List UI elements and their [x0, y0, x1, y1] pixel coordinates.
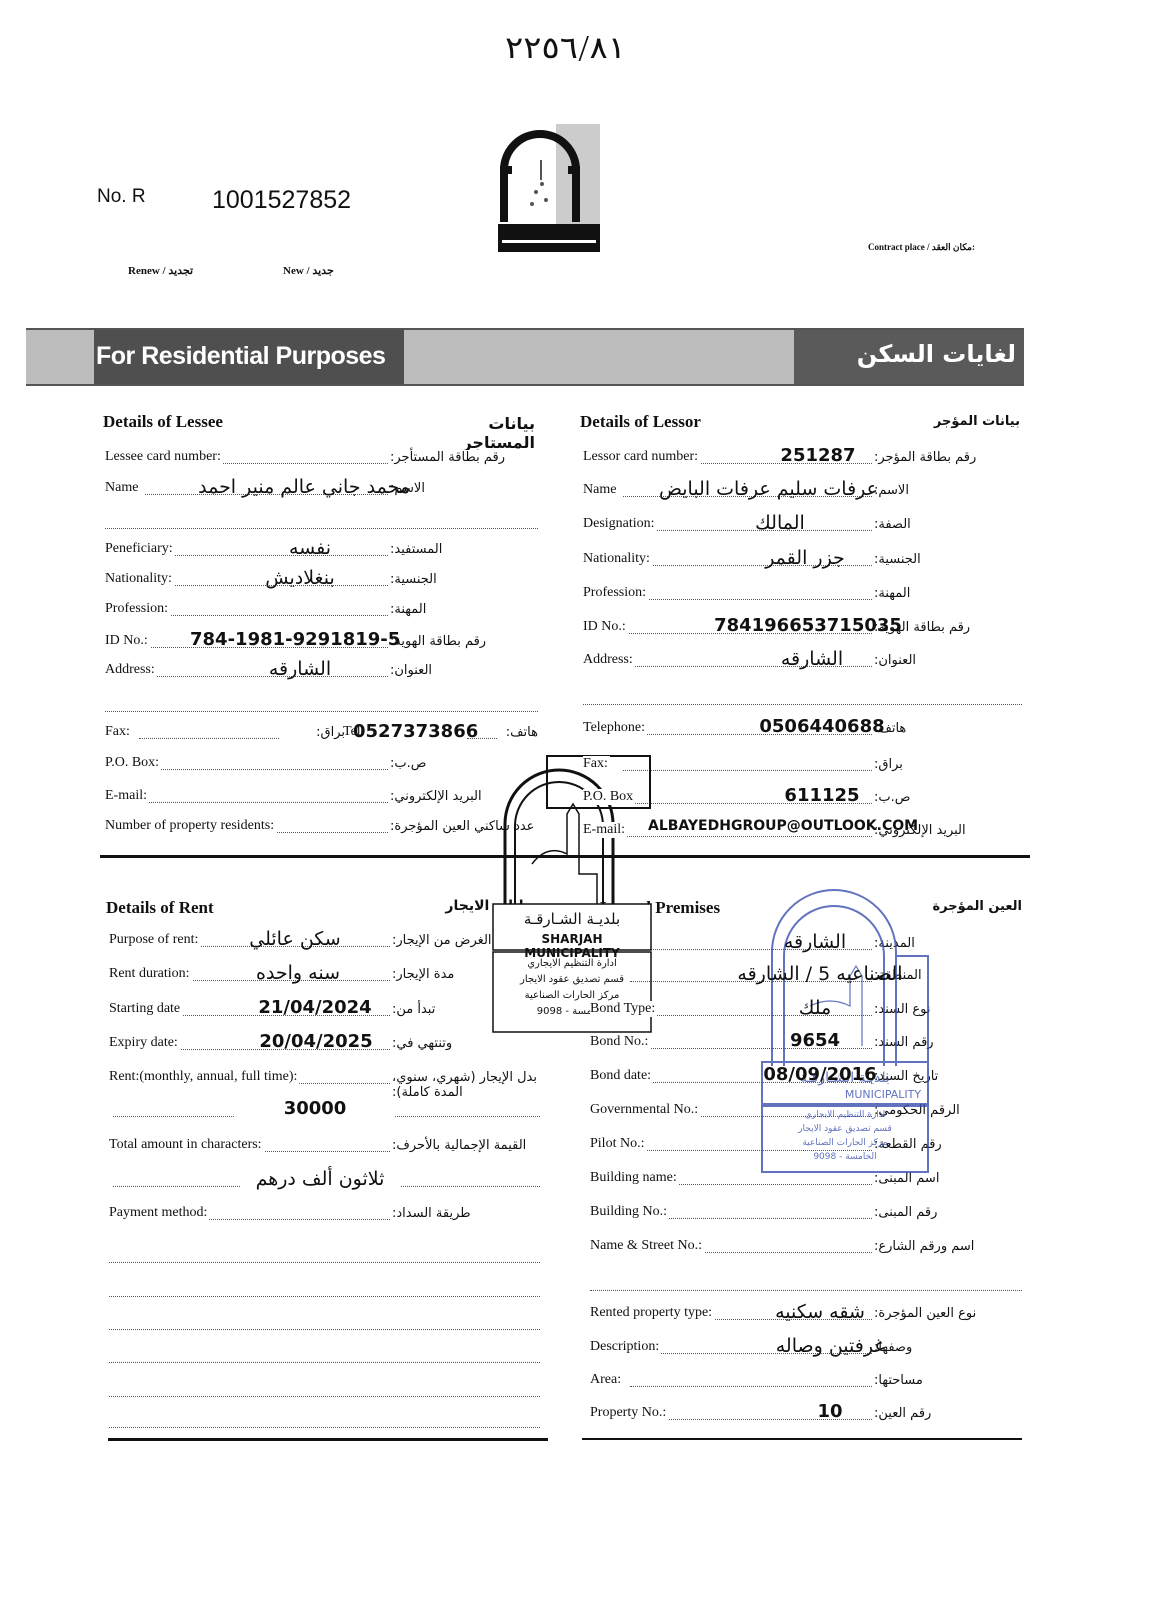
blank-line [109, 1296, 540, 1297]
dotted-line [139, 738, 279, 739]
blank-line [583, 704, 1022, 705]
lessee-heading-ar: بيانات المستاجر [415, 414, 535, 452]
lessor-designation-value: المالك [680, 512, 880, 534]
lessor-designation-label-ar: الصفة: [872, 517, 1024, 532]
rent-expiry-date-label: Expiry date: [109, 1035, 180, 1051]
lessee-tel-value: 0527373866 [353, 721, 478, 742]
rent-payment-method-label-ar: طريقة السداد: [390, 1206, 542, 1221]
premises-plot-no-label: Pilot No.: [590, 1136, 646, 1152]
black-stamp-name-ar: بلديـة الشـارقـة [497, 910, 647, 928]
premises-property-type-value: شقه سكنيه [720, 1301, 920, 1323]
premises-bond-no-value: 9654 [715, 1030, 915, 1051]
premises-governmental-no-label: Governmental No.: [590, 1102, 700, 1118]
black-stamp-line3: مركز الحارات الصناعية [495, 990, 649, 1001]
footer-rule-right [582, 1438, 1022, 1440]
lessee-po-box-label: P.O. Box: [105, 755, 161, 771]
banner-title-ar: لغايات السكن [857, 340, 1016, 368]
rent-total-characters-value: ثلاثون ألف درهم [240, 1168, 400, 1190]
rent-total-characters-label-ar: القيمة الإجمالية بالأحرف: [390, 1138, 542, 1153]
premises-building-name-label: Building name: [590, 1170, 679, 1186]
rent-duration-value: سنه واحده [198, 962, 398, 984]
rent-start-date-label: Starting date [109, 1001, 182, 1017]
rent-expiry-date-value: 20/04/2025 [216, 1031, 416, 1052]
lessor-address-label: Address: [583, 652, 635, 668]
lessor-name-value: عرفات سليم عرفات البايض [678, 478, 878, 500]
rent-heading-en: Details of Rent [106, 898, 214, 918]
lessee-beneficiary-label: Peneficiary: [105, 541, 175, 557]
lessor-telephone-value: 0506440688 [722, 716, 922, 737]
blue-stamp-line4: 9098 - الخامسة [764, 1152, 926, 1162]
lessee-id-no-label: ID No.: [105, 633, 150, 649]
lessee-id-no-value: 784-1981-9291819-5 [190, 629, 390, 650]
lessee-card-number-label-ar: رقم بطاقة المستأجر: [388, 450, 540, 465]
banner-title-en: For Residential Purposes [96, 342, 385, 371]
lessee-email-label: E-mail: [105, 788, 149, 804]
new-option: New / جديد [283, 264, 334, 277]
premises-description-value: غرفتين وصاله [730, 1335, 930, 1357]
lessee-name-value: محمد جاني عالم منير احمد [210, 476, 410, 498]
lessee-name-label: Name [105, 480, 140, 496]
lessor-card-number-label: Lessor card number: [583, 449, 700, 465]
rent-total-characters-label: Total amount in characters: [109, 1137, 264, 1153]
lessor-id-no-value: 784196653715035 [708, 615, 908, 636]
purpose-banner: For Residential Purposes لغايات السكن [26, 328, 1024, 386]
premises-bond-no-label: Bond No.: [590, 1034, 650, 1050]
lessee-card-number-label: Lessee card number: [105, 449, 223, 465]
handwritten-number: ٢٢٥٦/٨١ [505, 30, 626, 66]
rent-duration-label: Rent duration: [109, 966, 192, 982]
lessor-fax-label: Fax: [583, 756, 610, 772]
lessee-residents-label: Number of property residents: [105, 818, 276, 834]
lessor-profession-label: Profession: [583, 585, 648, 601]
black-stamp-line2: قسم تصديق عقود الايجار [495, 974, 649, 985]
lessor-telephone-label: Telephone: [583, 720, 647, 736]
rent-start-date-value: 21/04/2024 [215, 997, 415, 1018]
lessor-card-number-value: 251287 [718, 445, 918, 466]
blank-line [590, 1290, 1022, 1291]
lessor-designation-label: Designation: [583, 516, 657, 532]
premises-area-label-ar: مساحتها: [872, 1373, 1024, 1388]
lessee-heading-en: Details of Lessee [103, 412, 223, 432]
premises-property-no-value: 10 [730, 1401, 930, 1422]
premises-property-no-label: Property No.: [590, 1405, 668, 1421]
blank-line [109, 1427, 540, 1428]
lessor-email-label: E-mail: [583, 822, 627, 838]
lessor-email-value: ALBAYEDHGROUP@OUTLOOK.COM [648, 818, 908, 834]
lessee-fax-label: Fax: [105, 724, 130, 740]
blank-line [109, 1262, 540, 1263]
lessee-nationality-label-ar: الجنسية: [388, 572, 540, 587]
premises-property-type-label: Rented property type: [590, 1305, 714, 1321]
premises-bond-type-label: Bond Type: [590, 1001, 657, 1017]
lessee-profession-label: Profession: [105, 601, 170, 617]
blank-line [109, 1362, 540, 1363]
lessor-heading-en: Details of Lessor [580, 412, 701, 432]
lessee-profession-label-ar: المهنة: [388, 602, 540, 617]
sharjah-municipality-logo-icon [496, 122, 602, 254]
premises-building-no-label: Building No.: [590, 1204, 669, 1220]
premises-bond-date-label: Bond date: [590, 1068, 653, 1084]
lessor-address-value: الشارقه [712, 648, 912, 670]
premises-street-label-ar: اسم ورقم الشارع: [872, 1239, 1024, 1254]
premises-area-zone-value: الصناعيه 5 / الشارقه [720, 963, 920, 985]
premises-bond-type-value: ملك [715, 997, 915, 1019]
contract-no-label: No. R [97, 186, 146, 208]
lessor-name-label-ar: الاسم: [872, 483, 1024, 498]
blue-stamp-line1: ادارة التنظيم الايجاري [764, 1110, 926, 1120]
lessee-beneficiary-value: نفسه [210, 537, 410, 559]
lessee-fax-label-ar: براق: [285, 725, 345, 740]
lessor-name-label: Name [583, 482, 618, 498]
blank-line [109, 1329, 540, 1330]
rent-rent-amount-label-ar: بدل الإيجار (شهري، سنوي، المدة كاملة): [390, 1070, 542, 1100]
lessee-address-value: الشارقه [200, 658, 400, 680]
blank-line [109, 1396, 540, 1397]
black-stamp-name-en: SHARJAH MUNICIPALITY [493, 932, 651, 960]
blue-stamp-line2: قسم تصديق عقود الايجار [764, 1124, 926, 1134]
lessee-id-no-label-ar: رقم بطاقة الهوية: [388, 634, 540, 649]
lessor-fax-label-ar: براق: [872, 757, 1024, 772]
lessor-po-box-value: 611125 [722, 785, 922, 806]
renew-option: Renew / تجديد [128, 264, 193, 277]
premises-building-no-label-ar: رقم المبنى: [872, 1205, 1024, 1220]
lessor-heading-ar: بيانات المؤجر [880, 414, 1020, 429]
premises-street-label: Name & Street No.: [590, 1238, 704, 1254]
premises-area-label: Area: [590, 1372, 623, 1388]
rent-rent-amount-label: Rent:(monthly, annual, full time): [109, 1069, 299, 1085]
contract-no-value: 1001527852 [212, 186, 351, 215]
lessor-profession-label-ar: المهنة: [872, 586, 1024, 601]
black-stamp-line1: ادارة التنظيم الايجاري [495, 958, 649, 969]
rent-purpose-value: سكن عائلي [195, 928, 395, 950]
lessee-nationality-value: بنغلاديش [200, 567, 400, 589]
premises-bond-date-value: 08/09/2016 [720, 1064, 920, 1085]
rent-rent-amount-value: 30000 [235, 1098, 395, 1119]
lessor-po-box-label: P.O. Box [583, 789, 635, 805]
rent-purpose-label: Purpose of rent: [109, 932, 200, 948]
blue-stamp-name-en: MUNICIPALITY [840, 1088, 926, 1101]
lessor-nationality-label: Nationality: [583, 551, 652, 567]
blue-stamp-line3: مركز الحارات الصناعية [764, 1138, 926, 1148]
footer-rule-left [108, 1438, 548, 1441]
lessee-nationality-label: Nationality: [105, 571, 174, 587]
lessor-id-no-label: ID No.: [583, 619, 628, 635]
blank-line [105, 528, 538, 529]
blank-line [105, 711, 538, 712]
lessee-name-label-ar: الاسم: [388, 481, 540, 496]
rent-payment-method-label: Payment method: [109, 1205, 209, 1221]
contract-place-label: Contract place / مكان العقد: [868, 242, 975, 253]
lessee-address-label: Address: [105, 662, 157, 678]
premises-city-value: الشارقه [715, 931, 915, 953]
lessee-address-label-ar: العنوان: [388, 663, 540, 678]
premises-description-label: Description: [590, 1339, 661, 1355]
lessee-beneficiary-label-ar: المستفيد: [388, 542, 540, 557]
lessee-tel-label-ar: هاتف: [478, 725, 538, 740]
lessor-nationality-value: جزر القمر [705, 547, 905, 569]
